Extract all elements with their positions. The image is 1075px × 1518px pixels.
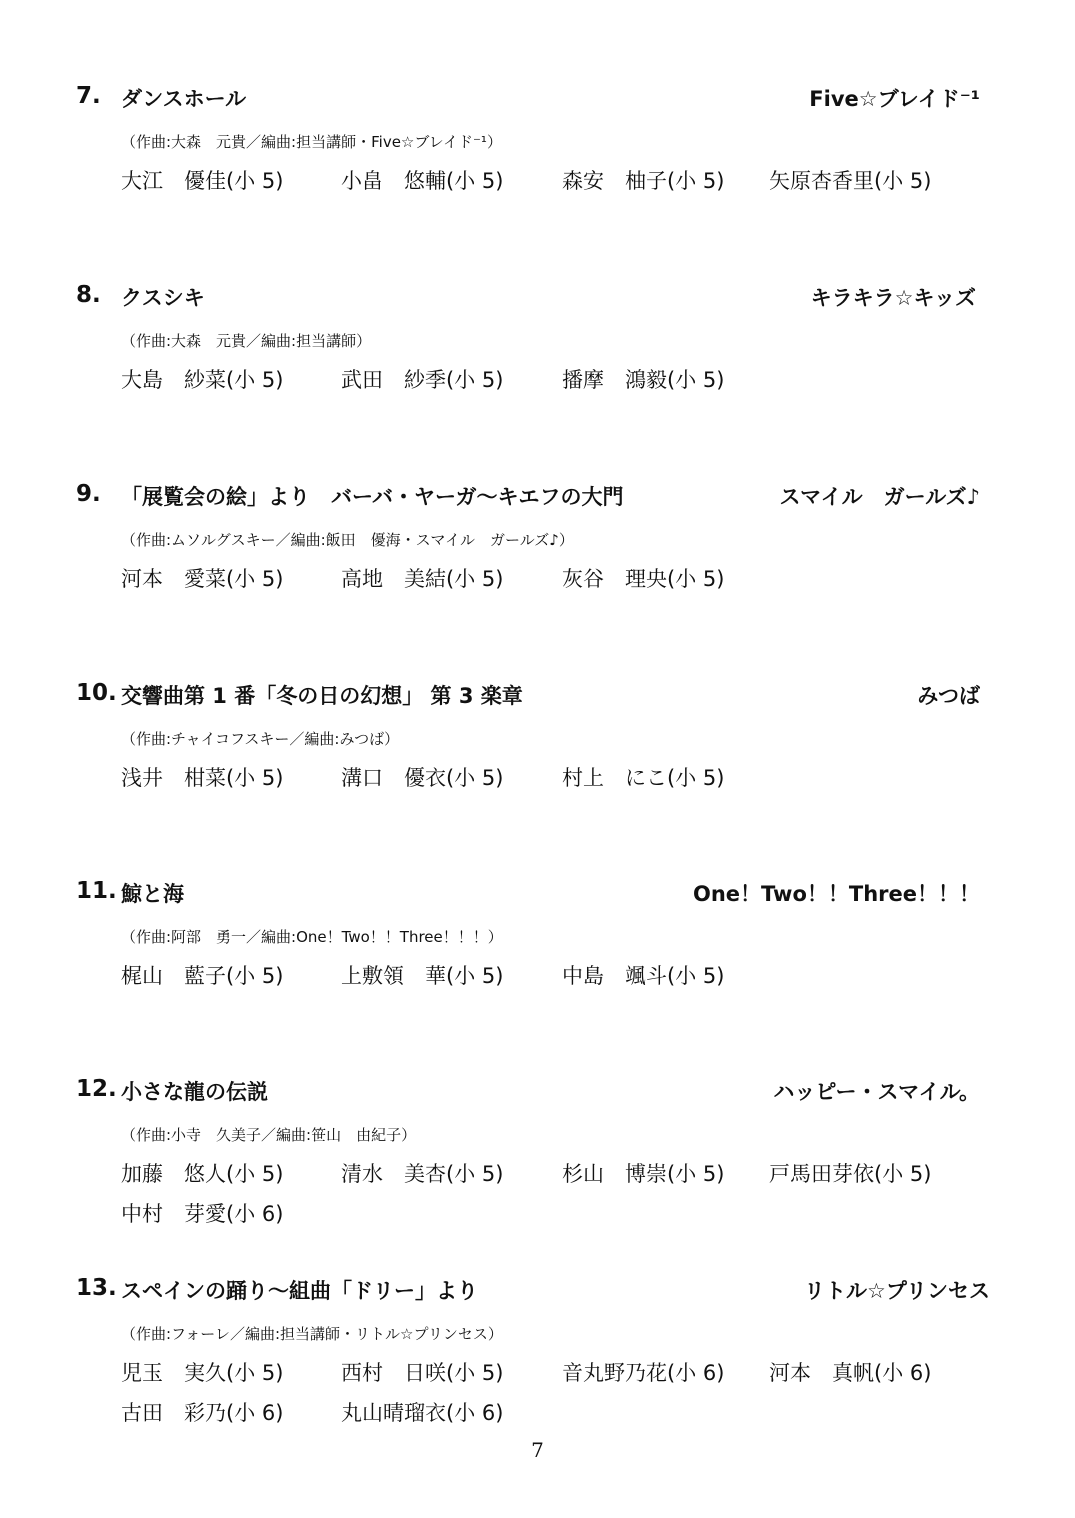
title-row: 12. 小さな龍の伝説 ハッピー・スマイル。: [76, 1076, 986, 1108]
composer-credit: （作曲:大森 元貴／編曲:担当講師）: [121, 330, 371, 351]
member: 大江 優佳(小 5): [121, 165, 283, 195]
member: 灰谷 理央(小 5): [562, 563, 724, 593]
title-row: 9. 「展覧会の絵」より バーバ・ヤーガ～キエフの大門 スマイル ガールズ♪: [76, 481, 986, 513]
member-row: 児玉 実久(小 5) 西村 日咲(小 5) 音丸野乃花(小 6) 河本 真帆(小…: [121, 1357, 1021, 1397]
group-name: ハッピー・スマイル。: [773, 1076, 980, 1106]
member: 中村 芽愛(小 6): [121, 1198, 283, 1228]
item-number: 11.: [76, 878, 117, 904]
composer-credit: （作曲:ムソルグスキー／編曲:飯田 優海・スマイル ガールズ♪）: [121, 529, 574, 550]
item-number: 9.: [76, 481, 101, 507]
group-name: キラキラ☆キッズ: [811, 282, 976, 312]
title-row: 11. 鯨と海 One！Two！！Three！！！: [76, 878, 986, 910]
member-row: 古田 彩乃(小 6) 丸山晴瑠衣(小 6): [121, 1397, 1021, 1437]
piece-title: 交響曲第 1 番「冬の日の幻想」 第 3 楽章: [121, 680, 523, 710]
item-number: 13.: [76, 1275, 117, 1301]
member-row: 大島 紗菜(小 5) 武田 紗季(小 5) 播摩 鴻毅(小 5): [121, 364, 1021, 404]
page-number: 7: [0, 1438, 1075, 1462]
member: 清水 美杏(小 5): [341, 1158, 503, 1188]
member: 矢原杏香里(小 5): [769, 165, 931, 195]
title-row: 13. スペインの踊り～組曲「ドリー」より リトル☆プリンセス: [76, 1275, 986, 1307]
member-row: 加藤 悠人(小 5) 清水 美杏(小 5) 杉山 博崇(小 5) 戸馬田芽依(小…: [121, 1158, 1021, 1198]
member-list: 河本 愛菜(小 5) 高地 美結(小 5) 灰谷 理央(小 5): [121, 563, 1021, 603]
member: 丸山晴瑠衣(小 6): [341, 1397, 503, 1427]
title-row: 8. クスシキ キラキラ☆キッズ: [76, 282, 986, 314]
member: 浅井 柑菜(小 5): [121, 762, 283, 792]
member: 村上 にこ(小 5): [562, 762, 724, 792]
member-list: 梶山 藍子(小 5) 上敷領 華(小 5) 中島 颯斗(小 5): [121, 960, 1021, 1000]
item-number: 7.: [76, 83, 101, 109]
composer-credit: （作曲:チャイコフスキー／編曲:みつば）: [121, 728, 399, 749]
member: 西村 日咲(小 5): [341, 1357, 503, 1387]
member-list: 浅井 柑菜(小 5) 溝口 優衣(小 5) 村上 にこ(小 5): [121, 762, 1021, 802]
member-row: 大江 優佳(小 5) 小畠 悠輔(小 5) 森安 柚子(小 5) 矢原杏香里(小…: [121, 165, 1021, 205]
group-name: みつば: [917, 680, 980, 710]
member: 中島 颯斗(小 5): [562, 960, 724, 990]
member: 上敷領 華(小 5): [341, 960, 503, 990]
piece-title: 鯨と海: [121, 878, 184, 908]
composer-credit: （作曲:阿部 勇一／編曲:One！Two！！Three！！！）: [121, 926, 503, 947]
member-list: 大江 優佳(小 5) 小畠 悠輔(小 5) 森安 柚子(小 5) 矢原杏香里(小…: [121, 165, 1021, 205]
member: 戸馬田芽依(小 5): [769, 1158, 931, 1188]
title-row: 7. ダンスホール Five☆ブレイド⁻¹: [76, 83, 986, 115]
composer-credit: （作曲:小寺 久美子／編曲:笹山 由紀子）: [121, 1124, 416, 1145]
group-name: One！Two！！Three！！！: [693, 878, 980, 908]
group-name: スマイル ガールズ♪: [779, 481, 980, 511]
piece-title: クスシキ: [121, 282, 205, 312]
member: 森安 柚子(小 5): [562, 165, 724, 195]
member: 古田 彩乃(小 6): [121, 1397, 283, 1427]
member-row: 梶山 藍子(小 5) 上敷領 華(小 5) 中島 颯斗(小 5): [121, 960, 1021, 1000]
piece-title: 小さな龍の伝説: [121, 1076, 268, 1106]
member-row: 河本 愛菜(小 5) 高地 美結(小 5) 灰谷 理央(小 5): [121, 563, 1021, 603]
group-name: Five☆ブレイド⁻¹: [809, 83, 980, 113]
item-number: 12.: [76, 1076, 117, 1102]
member: 河本 愛菜(小 5): [121, 563, 283, 593]
member-list: 児玉 実久(小 5) 西村 日咲(小 5) 音丸野乃花(小 6) 河本 真帆(小…: [121, 1357, 1021, 1437]
member: 梶山 藍子(小 5): [121, 960, 283, 990]
member: 加藤 悠人(小 5): [121, 1158, 283, 1188]
piece-title: スペインの踊り～組曲「ドリー」より: [121, 1275, 478, 1305]
member: 武田 紗季(小 5): [341, 364, 503, 394]
composer-credit: （作曲:フォーレ／編曲:担当講師・リトル☆プリンセス）: [121, 1323, 503, 1344]
member: 杉山 博崇(小 5): [562, 1158, 724, 1188]
piece-title: 「展覧会の絵」より バーバ・ヤーガ～キエフの大門: [121, 481, 624, 511]
member: 小畠 悠輔(小 5): [341, 165, 503, 195]
member-list: 大島 紗菜(小 5) 武田 紗季(小 5) 播摩 鴻毅(小 5): [121, 364, 1021, 404]
member: 大島 紗菜(小 5): [121, 364, 283, 394]
item-number: 10.: [76, 680, 117, 706]
piece-title: ダンスホール: [121, 83, 246, 113]
member: 播摩 鴻毅(小 5): [562, 364, 724, 394]
member: 高地 美結(小 5): [341, 563, 503, 593]
title-row: 10. 交響曲第 1 番「冬の日の幻想」 第 3 楽章 みつば: [76, 680, 986, 712]
group-name: リトル☆プリンセス: [804, 1275, 990, 1305]
member: 音丸野乃花(小 6): [562, 1357, 724, 1387]
member-list: 加藤 悠人(小 5) 清水 美杏(小 5) 杉山 博崇(小 5) 戸馬田芽依(小…: [121, 1158, 1021, 1238]
item-number: 8.: [76, 282, 101, 308]
member: 河本 真帆(小 6): [769, 1357, 931, 1387]
member: 溝口 優衣(小 5): [341, 762, 503, 792]
member: 児玉 実久(小 5): [121, 1357, 283, 1387]
composer-credit: （作曲:大森 元貴／編曲:担当講師・Five☆ブレイド⁻¹）: [121, 131, 502, 152]
member-row: 中村 芽愛(小 6): [121, 1198, 1021, 1238]
member-row: 浅井 柑菜(小 5) 溝口 優衣(小 5) 村上 にこ(小 5): [121, 762, 1021, 802]
